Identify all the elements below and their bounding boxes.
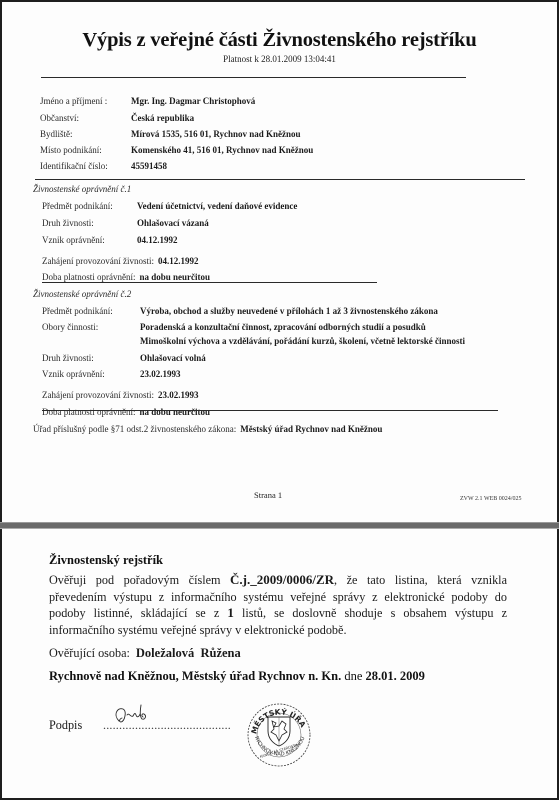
verification-statement: Ověřuji pod pořadovým číslem Č.j._2009/0… xyxy=(49,572,507,638)
date-label: dne xyxy=(341,669,365,683)
verification-date: 28.01. 2009 xyxy=(366,669,425,683)
handwritten-signature xyxy=(111,703,151,727)
verifying-person-label: Ověřující osoba: xyxy=(49,646,130,660)
official-stamp: MĚSTSKÝ ÚŘAD KANCELÁŘ STAROSTY RYCHNOV N… xyxy=(244,699,314,769)
residence-value: Mírová 1535, 516 01, Rychnov nad Kněžnou xyxy=(131,129,301,139)
license-2-field-2: Mimoškolní výchova a vzdělávání, pořádán… xyxy=(140,336,465,346)
license-2-validity-row: Doba platnosti oprávnění: na dobu neurči… xyxy=(42,402,210,420)
id-number-label: Identifikační číslo: xyxy=(40,161,108,171)
business-place-value: Komenského 41, 516 01, Rychnov nad Kněžn… xyxy=(131,145,313,155)
license-2-divider xyxy=(42,410,498,411)
verifying-person-row: Ověřující osoba:Doležalová Růžena xyxy=(49,646,241,661)
license-2-field-1: Poradenská a konzultační činnost, zpraco… xyxy=(140,322,426,332)
license-2-subject-value: Výroba, obchod a služby neuvedené v příl… xyxy=(140,306,438,316)
id-number-value: 45591458 xyxy=(131,161,167,171)
license-2-start-label: Zahájení provozování živnosti: xyxy=(42,390,154,400)
license-1-origin-value: 04.12.1992 xyxy=(137,235,178,245)
header-divider xyxy=(41,77,466,78)
license-2-start-row: Zahájení provozování živnosti: 23.02.199… xyxy=(42,385,198,403)
license-2-heading: Živnostenské oprávnění č.2 xyxy=(33,289,131,299)
license-2-origin-value: 23.02.1993 xyxy=(140,369,181,379)
citizenship-value: Česká republika xyxy=(131,113,194,123)
license-1-type-label: Druh živnosti: xyxy=(42,218,94,228)
license-1-subject-value: Vedení účetnictví, vedení daňové evidenc… xyxy=(137,201,297,211)
competent-authority-row: Úřad příslušný podle §71 odst.2 živnoste… xyxy=(33,419,382,437)
verifying-person-name: Doležalová Růžena xyxy=(136,646,241,660)
license-2-type-label: Druh živnosti: xyxy=(42,353,94,363)
signature-label: Podpis xyxy=(49,718,82,733)
competent-authority-label: Úřad příslušný podle §71 odst.2 živnoste… xyxy=(33,424,236,434)
reference-number: Č.j._2009/0006/ZR xyxy=(230,572,334,587)
business-place-label: Místo podnikání: xyxy=(40,145,102,155)
license-1-start-label: Zahájení provozování živnosti: xyxy=(42,256,154,266)
verification-title: Živnostenský rejstřík xyxy=(49,553,163,568)
citizenship-label: Občanství: xyxy=(40,113,79,123)
license-1-subject-label: Předmět podnikání: xyxy=(42,201,113,211)
document-title: Výpis z veřejné části Živnostenského rej… xyxy=(0,29,559,52)
name-value: Mgr. Ing. Dagmar Christophová xyxy=(131,96,255,106)
license-2-start-value: 23.02.1993 xyxy=(158,390,199,400)
license-2-validity-value: na dobu neurčitou xyxy=(139,407,210,417)
place-date-row: Rychnově nad Kněžnou, Městský úřad Rychn… xyxy=(49,669,425,684)
license-2-origin-label: Vznik oprávnění: xyxy=(42,369,105,379)
residence-label: Bydliště: xyxy=(40,129,73,139)
page-number: Strana 1 xyxy=(254,490,282,500)
license-2-subject-label: Předmět podnikání: xyxy=(42,306,113,316)
person-divider xyxy=(35,179,525,180)
license-1-type-value: Ohlašovací vázaná xyxy=(137,218,209,228)
form-code: ZVW 2.1 WEB 0024/025 xyxy=(460,496,521,502)
validity-timestamp: Platnost k 28.01.2009 13:04:41 xyxy=(0,54,559,64)
license-1-divider xyxy=(42,282,377,283)
license-2-type-value: Ohlašovací volná xyxy=(140,353,206,363)
name-label: Jméno a příjmení : xyxy=(40,96,107,106)
license-2-validity-label: Doba platnosti oprávnění: xyxy=(42,407,135,417)
license-1-heading: Živnostenské oprávnění č.1 xyxy=(33,184,131,194)
page-separator xyxy=(0,522,559,529)
license-1-validity-label: Doba platnosti oprávnění: xyxy=(42,272,135,282)
license-1-start-value: 04.12.1992 xyxy=(158,256,199,266)
competent-authority-value: Městský úřad Rychnov nad Kněžnou xyxy=(240,424,382,434)
license-2-fields-label: Obory činnosti: xyxy=(42,322,98,332)
license-1-validity-value: na dobu neurčitou xyxy=(139,272,210,282)
place-text: Rychnově nad Kněžnou, Městský úřad Rychn… xyxy=(49,669,341,683)
statement-text-1: Ověřuji pod pořadovým číslem xyxy=(49,573,230,587)
license-1-origin-label: Vznik oprávnění: xyxy=(42,235,105,245)
